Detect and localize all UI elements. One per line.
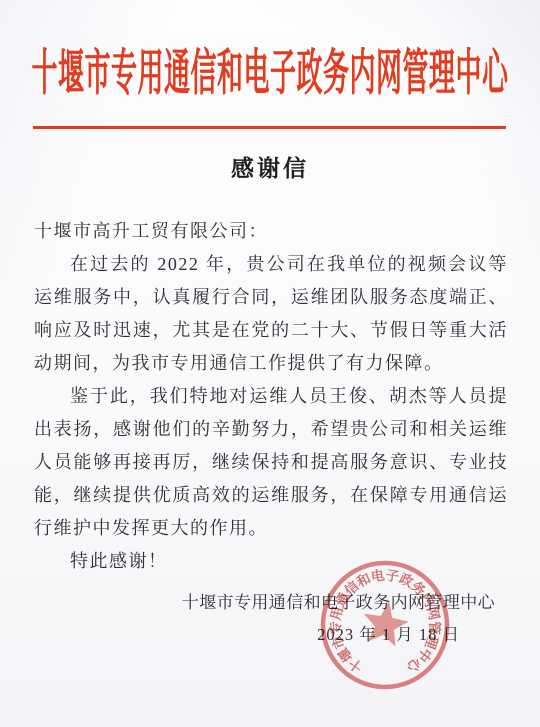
letterhead: 十堰市专用通信和电子政务内网管理中心 [0, 38, 540, 100]
letterhead-divider [33, 126, 506, 129]
letterhead-title: 十堰市专用通信和电子政务内网管理中心 [31, 34, 508, 104]
seal-char: 专 [327, 620, 344, 635]
paragraph-2: 鉴于此，我们特地对运维人员王俊、胡杰等人员提出表扬，感谢他们的辛勤努力，希望贵公… [34, 380, 508, 545]
letter-page: 十堰市专用通信和电子政务内网管理中心 感谢信 十堰市高升工贸有限公司： 在过去的… [0, 0, 540, 727]
letter-title: 感谢信 [0, 150, 540, 183]
letter-body: 十堰市高升工贸有限公司： 在过去的 2022 年，贵公司在我单位的视频会议等运维… [34, 215, 508, 578]
recipient-line: 十堰市高升工贸有限公司： [34, 215, 508, 248]
seal-char: 网 [424, 605, 442, 622]
paragraph-1: 在过去的 2022 年，贵公司在我单位的视频会议等运维服务中，认真履行合同，运维… [34, 248, 508, 380]
star-icon [359, 597, 412, 648]
seal-char: 电 [370, 567, 386, 585]
official-seal: 十堰市专用通信和电子政务内网管理中心 [310, 550, 460, 700]
